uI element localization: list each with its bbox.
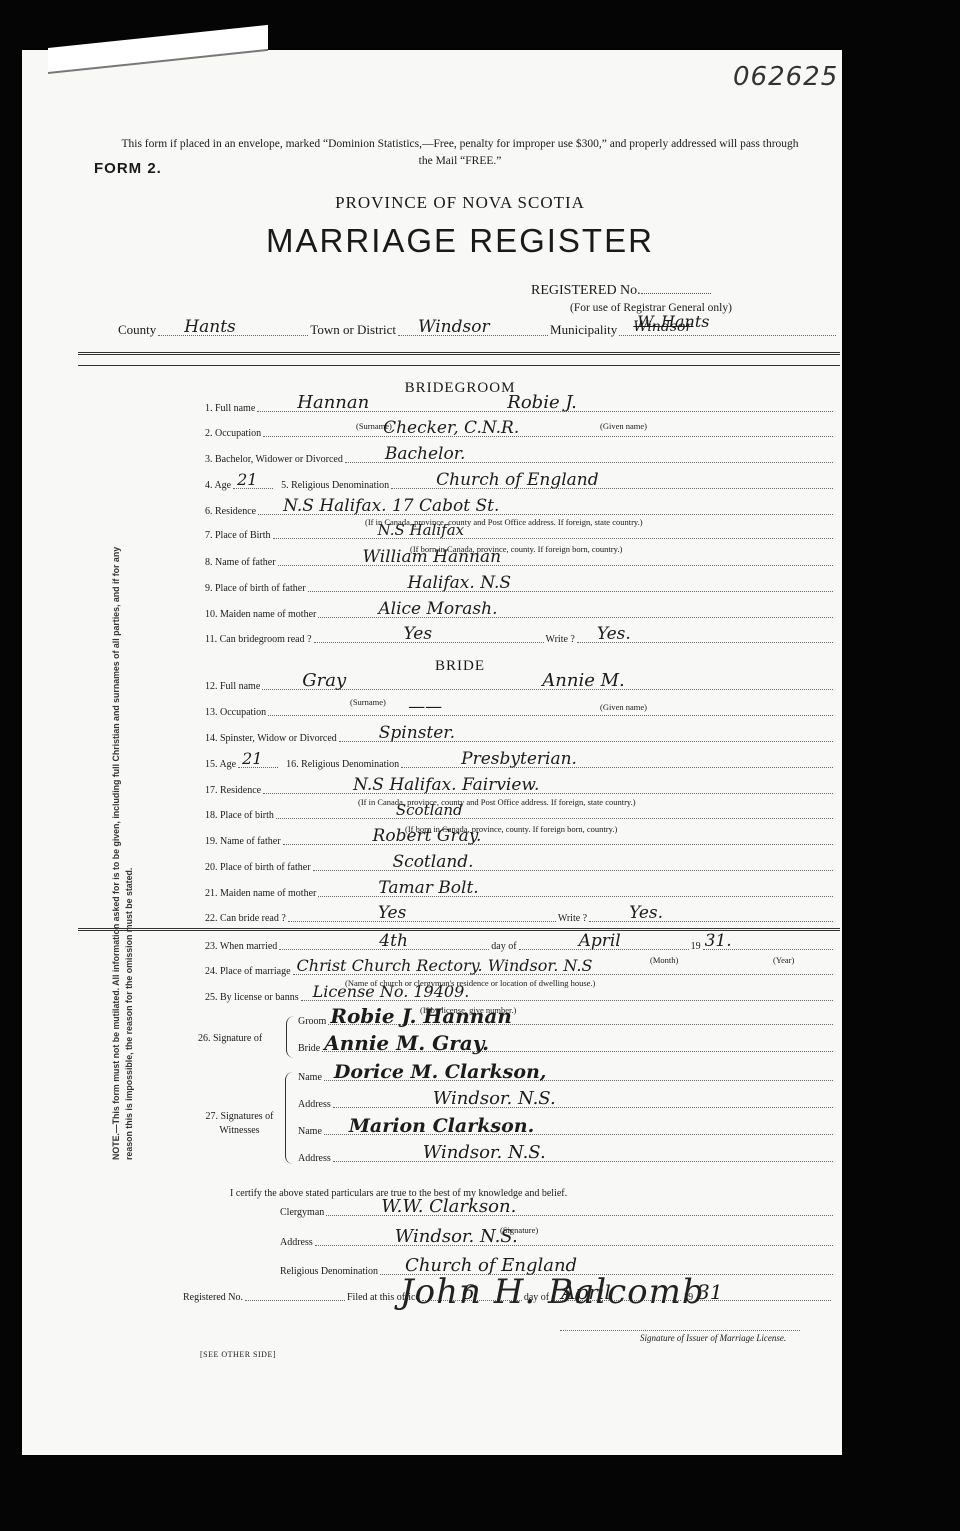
bride-religion: Presbyterian. [461, 751, 577, 767]
groom-can-write: Yes. [597, 626, 631, 642]
field-label: 24. Place of marriage [205, 966, 291, 977]
bride-father-name: 19. Name of father Robert Gray. [205, 836, 835, 847]
field-label: 4. Age [205, 480, 231, 491]
header-divider [78, 352, 840, 355]
bride-surname: Gray [302, 673, 346, 689]
field-value: Checker, C.N.R. [383, 420, 519, 436]
field-value: Halifax. N.S [408, 575, 512, 591]
bride-birthplace: 18. Place of birth Scotland [205, 810, 835, 821]
groom-residence: 6. Residence N.S Halifax. 17 Cabot St. [205, 506, 835, 517]
field-value: N.S Halifax [378, 522, 465, 538]
municipality-label: Municipality [550, 322, 617, 338]
field-value: N.S Halifax. Fairview. [353, 777, 539, 793]
groom-father-name: 8. Name of father William Hannan [205, 557, 835, 568]
bride-age: 21 [242, 751, 262, 767]
bride-signature-value: Annie M. Gray. [324, 1035, 489, 1051]
bride-age-religion: 15. Age 21 16. Religious Denomination Pr… [205, 759, 835, 770]
field-label: 13. Occupation [205, 707, 266, 718]
marriage-day: 4th [379, 933, 408, 949]
field-label: 9. Place of birth of father [205, 583, 306, 594]
witness-address: Windsor. N.S. [423, 1145, 546, 1161]
field-label: Write ? [558, 913, 587, 924]
marriage-month: April [579, 933, 621, 949]
signature-brace [286, 1016, 295, 1058]
witness-label-line2: Witnesses [197, 1124, 282, 1138]
see-other-side: [SEE OTHER SIDE] [200, 1350, 276, 1359]
marriage-year: 31. [705, 933, 732, 949]
field-label: 19. Name of father [205, 836, 281, 847]
field-label: 12. Full name [205, 681, 260, 692]
field-label: 25. By license or banns [205, 992, 299, 1003]
clergyman-address: Address Windsor. N.S. [280, 1237, 835, 1248]
field-label: Address [280, 1237, 313, 1248]
groom-can-read: Yes [404, 626, 433, 642]
surname-hint: (Surname) [350, 697, 386, 707]
field-value: N.S Halifax. 17 Cabot St. [283, 498, 499, 514]
issuer-signature-line [560, 1330, 800, 1331]
clergyman-signature: Clergyman W.W. Clarkson. [280, 1207, 835, 1218]
field-label: 21. Maiden name of mother [205, 888, 316, 899]
bride-mother-maiden-name: 21. Maiden name of mother Tamar Bolt. [205, 888, 835, 899]
town-value: Windsor [418, 319, 490, 335]
groom-surname: Hannan [297, 395, 369, 411]
document-title: MARRIAGE REGISTER [190, 222, 730, 260]
issuer-signature: John H. Balcomb [400, 1272, 705, 1312]
groom-birthplace: 7. Place of Birth N.S Halifax [205, 530, 835, 541]
bride-heading: BRIDE [370, 658, 550, 675]
groom-father-birthplace: 9. Place of birth of father Halifax. N.S [205, 583, 835, 594]
bride-occupation: 13. Occupation —— [205, 707, 835, 718]
groom-religion: Church of England [436, 472, 598, 488]
clergyman-value: W.W. Clarkson. [381, 1199, 516, 1215]
field-label: Bride [298, 1043, 320, 1054]
side-note: NOTE.—This form must not be mutilated. A… [110, 520, 136, 1160]
certificate-number: 062625 [733, 62, 838, 92]
groom-signature-value: Robie J. Hannan [330, 1008, 512, 1024]
field-label: 18. Place of birth [205, 810, 274, 821]
groom-given-name: Robie J. [507, 395, 577, 411]
year-prefix: 19 [691, 941, 701, 952]
signature-label: 26. Signature of [198, 1033, 262, 1044]
province-heading: PROVINCE OF NOVA SCOTIA [220, 193, 700, 213]
field-value: Bachelor. [385, 446, 466, 462]
field-label: 11. Can bridegroom read ? [205, 634, 312, 645]
bride-literacy: 22. Can bride read ? Yes Write ? Yes. [205, 913, 835, 924]
location-row: County Hants Town or District Windsor Mu… [118, 322, 838, 338]
field-label: 16. Religious Denomination [286, 759, 399, 770]
field-label: Clergyman [280, 1207, 324, 1218]
witness-name: Marion Clarkson. [349, 1118, 534, 1134]
field-label: Address [298, 1153, 331, 1164]
witness-name: Dorice M. Clarkson, [334, 1064, 547, 1080]
field-label: day of [491, 941, 516, 952]
witnesses-label: 27. Signatures of Witnesses [197, 1110, 282, 1138]
field-label: 17. Residence [205, 785, 261, 796]
bride-signature: Bride Annie M. Gray. [298, 1043, 835, 1054]
field-value: Tamar Bolt. [378, 880, 478, 896]
municipality-struck-value: Windsor [633, 319, 692, 335]
clergyman-address-value: Windsor. N.S. [395, 1229, 518, 1245]
witness-address: Windsor. N.S. [433, 1091, 556, 1107]
field-label: Name [298, 1126, 322, 1137]
field-value: Christ Church Rectory. Windsor. N.S [297, 958, 593, 974]
registered-no: REGISTERED No. [531, 283, 711, 299]
field-value: Scotland [396, 802, 463, 818]
year-hint: (Year) [773, 955, 794, 965]
groom-age: 21 [237, 472, 257, 488]
field-value: William Hannan [363, 549, 502, 565]
field-label: 6. Residence [205, 506, 256, 517]
field-label: 3. Bachelor, Widower or Divorced [205, 454, 343, 465]
bride-father-birthplace: 20. Place of birth of father Scotland. [205, 862, 835, 873]
town-label: Town or District [310, 322, 396, 338]
field-value: Robert Gray. [373, 828, 482, 844]
marriage-place: 24. Place of marriage Christ Church Rect… [205, 966, 835, 977]
field-label: 8. Name of father [205, 557, 276, 568]
field-value: Scotland. [393, 854, 474, 870]
marriage-license: 25. By license or banns License No. 1940… [205, 992, 835, 1003]
field-label: 20. Place of birth of father [205, 862, 311, 873]
bride-given-name: Annie M. [542, 673, 624, 689]
field-label: Groom [298, 1016, 326, 1027]
field-label: Name [298, 1072, 322, 1083]
groom-literacy: 11. Can bridegroom read ? Yes Write ? Ye… [205, 634, 835, 645]
field-label: Registered No. [183, 1292, 243, 1303]
field-label: 1. Full name [205, 403, 255, 414]
registered-no-label: REGISTERED No. [531, 283, 641, 298]
field-label: 14. Spinster, Widow or Divorced [205, 733, 337, 744]
witness-label-line1: 27. Signatures of [197, 1110, 282, 1124]
field-label: 5. Religious Denomination [281, 480, 389, 491]
field-label: 22. Can bride read ? [205, 913, 286, 924]
postal-notice: This form if placed in an envelope, mark… [120, 136, 800, 170]
month-hint: (Month) [650, 955, 678, 965]
bride-full-name: 12. Full name GrayAnnie M. [205, 681, 835, 692]
field-label: Address [298, 1099, 331, 1110]
field-label: 23. When married [205, 941, 277, 952]
witness-2-address: Address Windsor. N.S. [298, 1153, 835, 1164]
county-label: County [118, 322, 156, 338]
witness-1-name: Name Dorice M. Clarkson, [298, 1072, 835, 1083]
field-value: —— [408, 699, 442, 715]
groom-mother-maiden-name: 10. Maiden name of mother Alice Morash. [205, 609, 835, 620]
marriage-date: 23. When married 4th day of April 19 31. [205, 941, 835, 952]
groom-occupation: 2. Occupation Checker, C.N.R. [205, 428, 835, 439]
field-value: License No. 19409. [313, 984, 470, 1000]
header-divider-2 [78, 365, 840, 366]
groom-full-name: 1. Full name HannanRobie J. [205, 403, 835, 414]
groom-signature: Groom Robie J. Hannan [298, 1016, 835, 1027]
field-value: Spinster. [379, 725, 455, 741]
field-value: Alice Morash. [378, 601, 497, 617]
bride-can-read: Yes [378, 905, 407, 921]
issuer-label: Signature of Issuer of Marriage License. [640, 1333, 786, 1343]
field-label: Write ? [546, 634, 575, 645]
bride-marital-status: 14. Spinster, Widow or Divorced Spinster… [205, 733, 835, 744]
county-value: Hants [184, 319, 235, 335]
bride-can-write: Yes. [629, 905, 663, 921]
groom-age-religion: 4. Age 21 5. Religious Denomination Chur… [205, 480, 835, 491]
field-label: 2. Occupation [205, 428, 261, 439]
field-label: Religious Denomination [280, 1266, 378, 1277]
field-label: 15. Age [205, 759, 236, 770]
field-label: 7. Place of Birth [205, 530, 271, 541]
witness-2-name: Name Marion Clarkson. [298, 1126, 835, 1137]
bride-residence: 17. Residence N.S Halifax. Fairview. [205, 785, 835, 796]
witness-1-address: Address Windsor. N.S. [298, 1099, 835, 1110]
witness-brace [285, 1072, 294, 1164]
form-number: FORM 2. [94, 160, 162, 177]
groom-marital-status: 3. Bachelor, Widower or Divorced Bachelo… [205, 454, 835, 465]
field-label: 10. Maiden name of mother [205, 609, 316, 620]
